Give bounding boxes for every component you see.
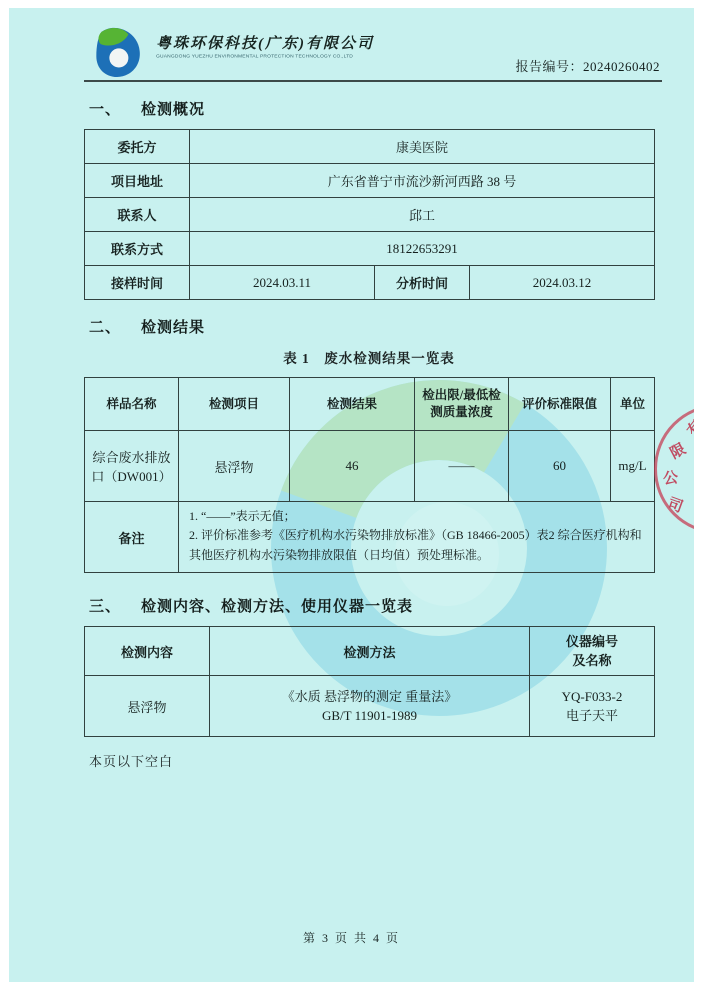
instruments-table: 检测内容 检测方法 仪器编号 及名称 悬浮物 《水质 悬浮物的测定 重量法》 G…: [84, 626, 655, 737]
cell-sample-name: 综合废水排放口（DW001）: [85, 431, 179, 502]
cell-unit: mg/L: [611, 431, 655, 502]
report-header: 粤珠环保科技(广东)有限公司 GUANGDONG YUEZHU ENVIRONM…: [84, 22, 662, 82]
cell-value: 邱工: [190, 198, 655, 232]
table-row: 联系人 邱工: [85, 198, 655, 232]
page-number: 第 3 页 共 4 页: [9, 929, 694, 946]
column-header: 单位: [611, 378, 655, 431]
table-row: 备注 1. “——”表示无值； 2. 评价标准参考《医疗机构水污染物排放标准》（…: [85, 502, 655, 573]
report-number: 报告编号：20240260402: [515, 56, 660, 75]
results-table: 样品名称 检测项目 检测结果 检出限/最低检测质量浓度 评价标准限值 单位 综合…: [84, 377, 655, 573]
section1-title: 一、检测概况: [89, 98, 694, 119]
column-header: 检出限/最低检测质量浓度: [415, 378, 509, 431]
section2-title-text: 检测结果: [141, 320, 205, 336]
company-logo-icon: [92, 24, 144, 78]
cell-label: 委托方: [85, 130, 190, 164]
cell-label: 项目地址: [85, 164, 190, 198]
cell-label: 分析时间: [375, 266, 470, 300]
report-number-label: 报告编号：: [515, 59, 583, 74]
cell-value: 18122653291: [190, 232, 655, 266]
cell-remark: 1. “——”表示无值； 2. 评价标准参考《医疗机构水污染物排放标准》（GB …: [179, 502, 655, 573]
cell-value: 康美医院: [190, 130, 655, 164]
column-header: 样品名称: [85, 378, 179, 431]
column-header: 仪器编号 及名称: [530, 627, 655, 676]
report-number-value: 20240260402: [583, 59, 660, 74]
table-row: 项目地址 广东省普宁市流沙新河西路 38 号: [85, 164, 655, 198]
section2-title: 二、检测结果: [89, 316, 694, 337]
column-header: 检测方法: [210, 627, 530, 676]
cell-instrument: YQ-F033-2 电子天平: [530, 676, 655, 737]
cell-value: 广东省普宁市流沙新河西路 38 号: [190, 164, 655, 198]
cell-result: 46: [290, 431, 415, 502]
cell-test-item: 悬浮物: [179, 431, 290, 502]
company-name-en: GUANGDONG YUEZHU ENVIRONMENTAL PROTECTIO…: [156, 54, 353, 59]
overview-table: 委托方 康美医院 项目地址 广东省普宁市流沙新河西路 38 号 联系人 邱工 联…: [84, 129, 655, 300]
column-header: 检测结果: [290, 378, 415, 431]
cell-test-content: 悬浮物: [85, 676, 210, 737]
cell-detection-limit: ——: [415, 431, 509, 502]
table-row: 接样时间 2024.03.11 分析时间 2024.03.12: [85, 266, 655, 300]
blank-below-note: 本页以下空白: [89, 751, 694, 770]
table-row: 联系方式 18122653291: [85, 232, 655, 266]
table-header-row: 检测内容 检测方法 仪器编号 及名称: [85, 627, 655, 676]
results-table-caption: 表 1 废水检测结果一览表: [84, 347, 654, 367]
section3-number: 三、: [89, 599, 121, 615]
cell-value: 2024.03.11: [190, 266, 375, 300]
report-page: 粤珠环保科技(广东)有限公司 GUANGDONG YUEZHU ENVIRONM…: [9, 8, 694, 982]
section3-title: 三、检测内容、检测方法、使用仪器一览表: [89, 595, 694, 616]
cell-standard-limit: 60: [509, 431, 611, 502]
table-row: 综合废水排放口（DW001） 悬浮物 46 —— 60 mg/L: [85, 431, 655, 502]
remark-line: 2. 评价标准参考《医疗机构水污染物排放标准》（GB 18466-2005）表2…: [189, 526, 644, 565]
company-name: 粤珠环保科技(广东)有限公司: [156, 32, 396, 53]
table-header-row: 样品名称 检测项目 检测结果 检出限/最低检测质量浓度 评价标准限值 单位: [85, 378, 655, 431]
company-block: 粤珠环保科技(广东)有限公司 GUANGDONG YUEZHU ENVIRONM…: [156, 32, 396, 60]
cell-value: 2024.03.12: [470, 266, 655, 300]
table-row: 委托方 康美医院: [85, 130, 655, 164]
remark-line: 1. “——”表示无值；: [189, 507, 644, 526]
cell-label: 接样时间: [85, 266, 190, 300]
column-header: 评价标准限值: [509, 378, 611, 431]
column-header: 检测内容: [85, 627, 210, 676]
column-header: 检测项目: [179, 378, 290, 431]
cell-label: 联系方式: [85, 232, 190, 266]
cell-remark-label: 备注: [85, 502, 179, 573]
table-row: 悬浮物 《水质 悬浮物的测定 重量法》 GB/T 11901-1989 YQ-F…: [85, 676, 655, 737]
section1-title-text: 检测概况: [141, 102, 205, 118]
section1-number: 一、: [89, 102, 121, 118]
section2-number: 二、: [89, 320, 121, 336]
cell-label: 联系人: [85, 198, 190, 232]
section3-title-text: 检测内容、检测方法、使用仪器一览表: [141, 599, 413, 615]
cell-test-method: 《水质 悬浮物的测定 重量法》 GB/T 11901-1989: [210, 676, 530, 737]
